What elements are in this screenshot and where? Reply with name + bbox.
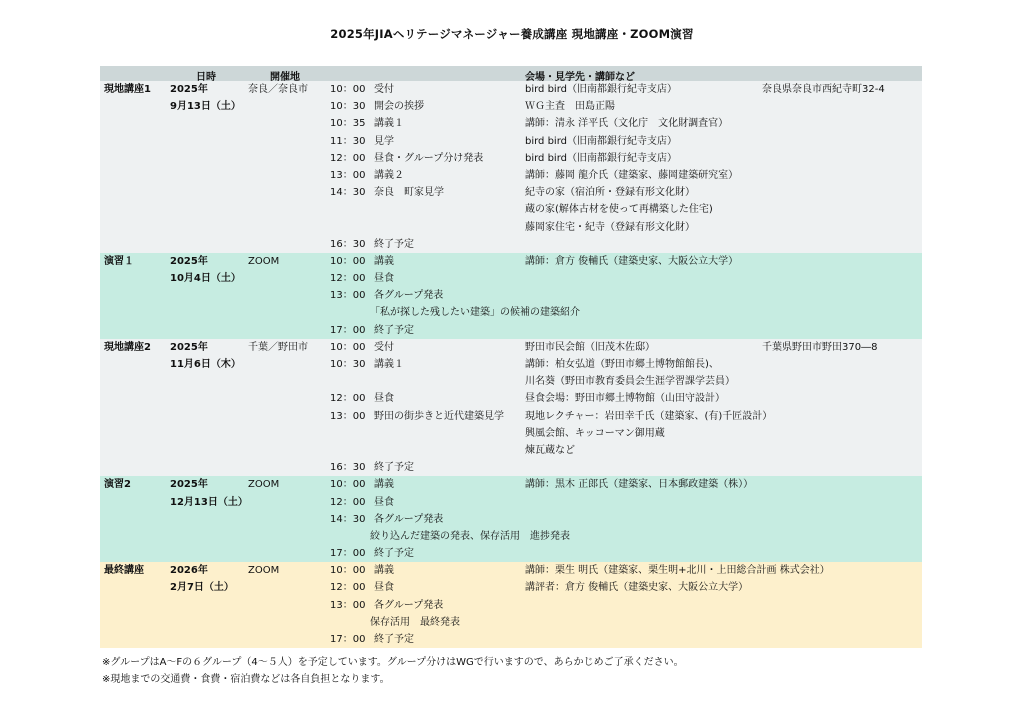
session-year: 2025年	[170, 81, 208, 98]
session-block: 演習１2025年ZOOM10：00講義講師：倉方 俊輔氏（建築史家、大阪公立大学…	[100, 253, 922, 339]
row-venue: 紀寺の家（宿泊所・登録有形文化財）	[525, 184, 695, 201]
row-event: 各グループ発表	[374, 511, 443, 528]
session-year: 2025年	[170, 476, 208, 493]
session-block: 現地講座12025年奈良／奈良市10：00受付bird bird（旧南都銀行紀寺…	[100, 81, 922, 253]
row-time: 16：30	[330, 236, 365, 253]
row-time: 14：30	[330, 511, 365, 528]
row-event: 講義	[374, 253, 394, 270]
table-header: 日時 開催地 会場・見学先・講師など	[100, 66, 922, 81]
row-time: 14：30	[330, 184, 365, 201]
session-block: 演習22025年ZOOM10：00講義講師：黒木 正郎氏（建築家、日本郵政建築（…	[100, 476, 922, 562]
row-event: 終了予定	[374, 236, 414, 253]
row-venue: 講評者：倉方 俊輔氏（建築史家、大阪公立大学）	[525, 579, 748, 596]
row-venue: bird bird（旧南都銀行紀寺支店）	[525, 133, 677, 150]
row-venue: ＷＧ主査 田島正陽	[525, 98, 615, 115]
row-event: 見学	[374, 133, 394, 150]
session-year: 2026年	[170, 562, 208, 579]
row-event: 野田の街歩きと近代建築見学	[374, 408, 504, 425]
session-year: 2025年	[170, 339, 208, 356]
session-date: 2月7日（土）	[170, 579, 234, 596]
session-year: 2025年	[170, 253, 208, 270]
schedule-row: 12：00昼食昼食会場：野田市郷土博物館（山田守設計）	[100, 390, 922, 407]
schedule-row: 現地講座22025年千葉／野田市10：00受付野田市民会館（旧茂木佐邸）千葉県野…	[100, 339, 922, 356]
row-event: 講義１	[374, 115, 404, 132]
row-time: 10：00	[330, 339, 365, 356]
schedule-row: 演習１2025年ZOOM10：00講義講師：倉方 俊輔氏（建築史家、大阪公立大学…	[100, 253, 922, 270]
row-venue: 講師：倉方 俊輔氏（建築史家、大阪公立大学）	[525, 253, 738, 270]
notes: ※グループはA～Fの６グループ（4～５人）を予定しています。グループ分けはWGで…	[102, 654, 684, 688]
schedule-row: 14：30奈良 町家見学紀寺の家（宿泊所・登録有形文化財）	[100, 184, 922, 201]
row-event: 昼食	[374, 579, 394, 596]
row-venue: 興風会館、キッコーマン御用蔵	[525, 425, 665, 442]
row-event: 各グループ発表	[374, 287, 443, 304]
schedule-row: 13：00野田の街歩きと近代建築見学現地レクチャー：岩田幸千氏（建築家、(有)千…	[100, 408, 922, 425]
session-name: 演習１	[104, 253, 134, 270]
row-event: 絞り込んだ建築の発表、保存活用 進捗発表	[370, 528, 570, 545]
row-event: 講義	[374, 476, 394, 493]
row-time: 13：00	[330, 287, 365, 304]
row-venue: 現地レクチャー：岩田幸千氏（建築家、(有)千匠設計）	[525, 408, 772, 425]
row-time: 13：00	[330, 597, 365, 614]
row-time: 12：00	[330, 150, 365, 167]
session-date: 12月13日（土）	[170, 494, 248, 511]
row-event: 受付	[374, 81, 394, 98]
row-event: 開会の挨拶	[374, 98, 424, 115]
row-time: 12：00	[330, 270, 365, 287]
row-time: 13：00	[330, 167, 365, 184]
session-name: 演習2	[104, 476, 131, 493]
row-venue: 煉瓦蔵など	[525, 442, 575, 459]
schedule-row: 9月13日（土）10：30開会の挨拶ＷＧ主査 田島正陽	[100, 98, 922, 115]
row-event: 講義	[374, 562, 394, 579]
session-block: 現地講座22025年千葉／野田市10：00受付野田市民会館（旧茂木佐邸）千葉県野…	[100, 339, 922, 477]
row-time: 12：00	[330, 494, 365, 511]
row-time: 11：30	[330, 133, 365, 150]
schedule-row: 16：30終了予定	[100, 459, 922, 476]
row-event: 昼食	[374, 270, 394, 287]
page-title: 2025年JIAヘリテージマネージャー養成講座 現地講座・ZOOM演習	[0, 26, 1024, 42]
schedule-row: 蔵の家(解体古材を使って再構築した住宅)	[100, 201, 922, 218]
session-place: 千葉／野田市	[248, 339, 308, 356]
row-event: 講義２	[374, 167, 404, 184]
row-time: 10：30	[330, 98, 365, 115]
row-venue: 藤岡家住宅・紀寺（登録有形文化財）	[525, 219, 695, 236]
row-time: 16：30	[330, 459, 365, 476]
row-event: 終了予定	[374, 322, 414, 339]
row-time: 12：00	[330, 390, 365, 407]
session-name: 現地講座1	[104, 81, 151, 98]
row-address: 奈良県奈良市西紀寺町32-4	[762, 81, 885, 98]
row-event: 終了予定	[374, 631, 414, 648]
schedule-row: 演習22025年ZOOM10：00講義講師：黒木 正郎氏（建築家、日本郵政建築（…	[100, 476, 922, 493]
row-event: 終了予定	[374, 545, 414, 562]
row-venue: 講師：柏女弘道（野田市郷土博物館館長)、	[525, 356, 719, 373]
schedule-row: 17：00終了予定	[100, 545, 922, 562]
row-venue: bird bird（旧南都銀行紀寺支店）	[525, 150, 677, 167]
session-name: 最終講座	[104, 562, 144, 579]
row-event: 受付	[374, 339, 394, 356]
row-venue: 講師：黒木 正郎氏（建築家、日本郵政建築（株））	[525, 476, 753, 493]
note-expenses: ※現地までの交通費・食費・宿泊費などは各自負担となります。	[102, 671, 684, 688]
row-time: 10：00	[330, 476, 365, 493]
schedule-row: 2月7日（土）12：00昼食講評者：倉方 俊輔氏（建築史家、大阪公立大学）	[100, 579, 922, 596]
row-time: 10：35	[330, 115, 365, 132]
row-venue: 川名葵（野田市教育委員会生涯学習課学芸員）	[525, 373, 735, 390]
row-venue: 野田市民会館（旧茂木佐邸）	[525, 339, 655, 356]
row-event: 昼食・グループ分け発表	[374, 150, 483, 167]
row-venue: 蔵の家(解体古材を使って再構築した住宅)	[525, 201, 713, 218]
schedule-row: 10月4日（土）12：00昼食	[100, 270, 922, 287]
schedule-row: 11：30見学bird bird（旧南都銀行紀寺支店）	[100, 133, 922, 150]
row-event: 昼食	[374, 390, 394, 407]
row-event: 保存活用 最終発表	[370, 614, 460, 631]
schedule-row: 現地講座12025年奈良／奈良市10：00受付bird bird（旧南都銀行紀寺…	[100, 81, 922, 98]
schedule-row: 12月13日（土）12：00昼食	[100, 494, 922, 511]
schedule-row: 煉瓦蔵など	[100, 442, 922, 459]
schedule-row: 「私が探した残したい建築」の候補の建築紹介	[100, 304, 922, 321]
row-venue: 昼食会場：野田市郷土博物館（山田守設計）	[525, 390, 725, 407]
note-groups: ※グループはA～Fの６グループ（4～５人）を予定しています。グループ分けはWGで…	[102, 654, 684, 671]
row-venue: 講師：栗生 明氏（建築家、栗生明+北川・上田総合計画 株式会社）	[525, 562, 830, 579]
row-event: 奈良 町家見学	[374, 184, 444, 201]
session-place: ZOOM	[248, 253, 279, 270]
row-time: 17：00	[330, 545, 365, 562]
schedule-row: 13：00講義２講師：藤岡 龍介氏（建築家、藤岡建築研究室）	[100, 167, 922, 184]
row-time: 13：00	[330, 408, 365, 425]
row-event: 各グループ発表	[374, 597, 443, 614]
row-time: 10：00	[330, 562, 365, 579]
row-event: 「私が探した残したい建築」の候補の建築紹介	[370, 304, 580, 321]
session-name: 現地講座2	[104, 339, 151, 356]
row-time: 17：00	[330, 631, 365, 648]
row-time: 10：00	[330, 253, 365, 270]
row-venue: 講師：清永 洋平氏（文化庁 文化財調査官）	[525, 115, 728, 132]
session-block: 最終講座2026年ZOOM10：00講義講師：栗生 明氏（建築家、栗生明+北川・…	[100, 562, 922, 648]
schedule-row: 13：00各グループ発表	[100, 287, 922, 304]
schedule-row: 16：30終了予定	[100, 236, 922, 253]
session-place: ZOOM	[248, 562, 279, 579]
schedule-row: 17：00終了予定	[100, 631, 922, 648]
schedule-row: 絞り込んだ建築の発表、保存活用 進捗発表	[100, 528, 922, 545]
row-time: 12：00	[330, 579, 365, 596]
session-date: 11月6日（木）	[170, 356, 241, 373]
row-event: 終了予定	[374, 459, 414, 476]
row-time: 10：30	[330, 356, 365, 373]
schedule-row: 13：00各グループ発表	[100, 597, 922, 614]
schedule-row: 14：30各グループ発表	[100, 511, 922, 528]
schedule-table: 日時 開催地 会場・見学先・講師など 現地講座12025年奈良／奈良市10：00…	[100, 66, 922, 648]
session-place: ZOOM	[248, 476, 279, 493]
schedule-row: 最終講座2026年ZOOM10：00講義講師：栗生 明氏（建築家、栗生明+北川・…	[100, 562, 922, 579]
row-event: 昼食	[374, 494, 394, 511]
schedule-row: 12：00昼食・グループ分け発表bird bird（旧南都銀行紀寺支店）	[100, 150, 922, 167]
row-venue: bird bird（旧南都銀行紀寺支店）	[525, 81, 677, 98]
schedule-row: 17：00終了予定	[100, 322, 922, 339]
schedule-row: 保存活用 最終発表	[100, 614, 922, 631]
session-date: 10月4日（土）	[170, 270, 241, 287]
row-time: 17：00	[330, 322, 365, 339]
row-time: 10：00	[330, 81, 365, 98]
schedule-row: 川名葵（野田市教育委員会生涯学習課学芸員）	[100, 373, 922, 390]
session-place: 奈良／奈良市	[248, 81, 308, 98]
row-venue: 講師：藤岡 龍介氏（建築家、藤岡建築研究室）	[525, 167, 738, 184]
row-event: 講義１	[374, 356, 404, 373]
session-date: 9月13日（土）	[170, 98, 241, 115]
schedule-row: 11月6日（木）10：30講義１講師：柏女弘道（野田市郷土博物館館長)、	[100, 356, 922, 373]
schedule-row: 10：35講義１講師：清永 洋平氏（文化庁 文化財調査官）	[100, 115, 922, 132]
schedule-row: 藤岡家住宅・紀寺（登録有形文化財）	[100, 219, 922, 236]
row-address: 千葉県野田市野田370―8	[762, 339, 877, 356]
schedule-row: 興風会館、キッコーマン御用蔵	[100, 425, 922, 442]
